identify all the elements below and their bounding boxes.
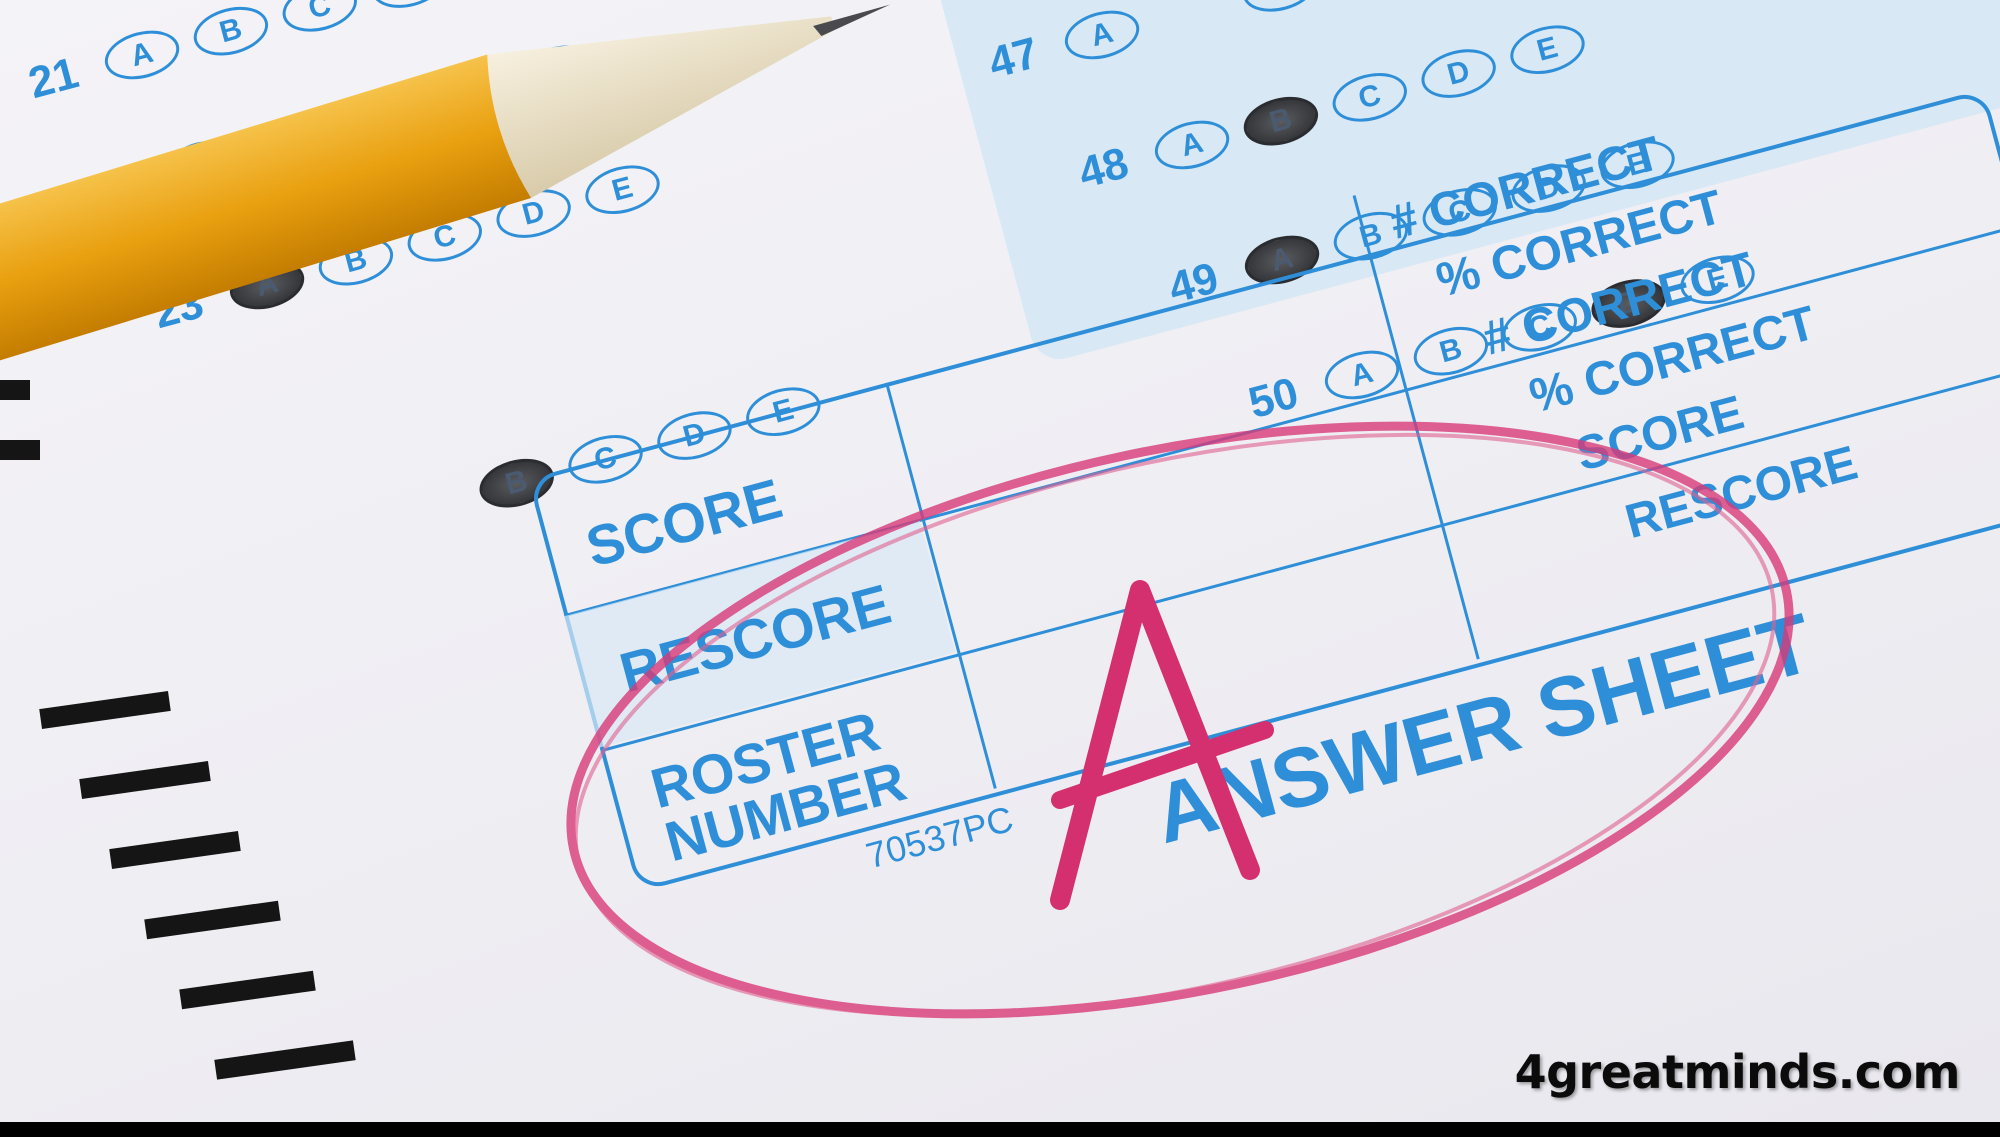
watermark: 4greatminds.com [1515,1045,1960,1099]
answer-sheet-photo: 21 A B C D E 22 A B C D E 23 A B C D E B… [0,0,2000,1122]
bottom-bar [0,1122,2000,1137]
